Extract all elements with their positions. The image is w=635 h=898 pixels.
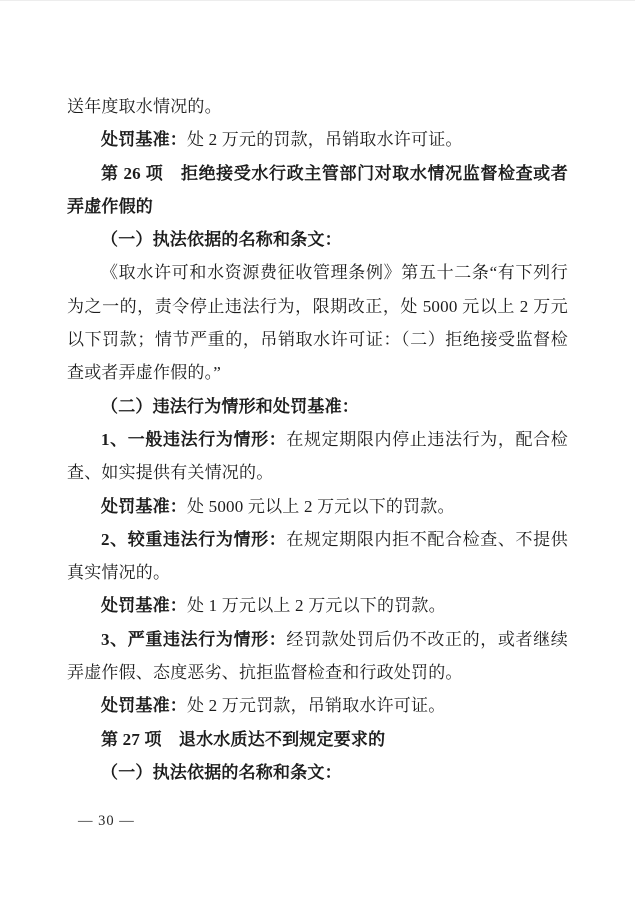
item-27-heading: 第 27 项 退水水质达不到规定要求的 bbox=[67, 723, 568, 756]
penalty-label: 处罚基准： bbox=[101, 497, 187, 516]
moderate-penalty-paragraph: 处罚基准：处 1 万元以上 2 万元以下的罚款。 bbox=[67, 589, 568, 622]
document-page: 送年度取水情况的。 处罚基准：处 2 万元的罚款，吊销取水许可证。 第 26 项… bbox=[0, 0, 635, 898]
item27-section-1-heading: （一）执法依据的名称和条文： bbox=[67, 756, 568, 789]
penalty-text: 处 2 万元的罚款，吊销取水许可证。 bbox=[187, 130, 463, 149]
severe-violation-paragraph: 3、严重违法行为情形：经罚款处罚后仍不改正的，或者继续弄虚作假、态度恶劣、抗拒监… bbox=[67, 623, 568, 690]
penalty-item25-paragraph: 处罚基准：处 2 万元的罚款，吊销取水许可证。 bbox=[67, 123, 568, 156]
page-number: — 30 — bbox=[78, 811, 135, 831]
item26-section-1-heading: （一）执法依据的名称和条文： bbox=[67, 223, 568, 256]
general-violation-paragraph: 1、一般违法行为情形：在规定期限内停止违法行为，配合检查、如实提供有关情况的。 bbox=[67, 423, 568, 490]
penalty-text: 处 1 万元以上 2 万元以下的罚款。 bbox=[187, 596, 446, 615]
penalty-text: 处 5000 元以上 2 万元以下的罚款。 bbox=[187, 497, 455, 516]
document-body: 送年度取水情况的。 处罚基准：处 2 万元的罚款，吊销取水许可证。 第 26 项… bbox=[67, 90, 568, 789]
paragraph-continuation: 送年度取水情况的。 bbox=[67, 90, 568, 123]
moderate-violation-paragraph: 2、较重违法行为情形：在规定期限内拒不配合检查、不提供真实情况的。 bbox=[67, 523, 568, 590]
general-penalty-paragraph: 处罚基准：处 5000 元以上 2 万元以下的罚款。 bbox=[67, 490, 568, 523]
legal-basis-paragraph: 《取水许可和水资源费征收管理条例》第五十二条“有下列行为之一的，责令停止违法行为… bbox=[67, 256, 568, 389]
item-26-heading: 第 26 项 拒绝接受水行政主管部门对取水情况监督检查或者弄虚作假的 bbox=[67, 157, 568, 224]
general-violation-label: 1、一般违法行为情形： bbox=[101, 430, 286, 449]
item26-section-2-heading: （二）违法行为情形和处罚基准： bbox=[67, 390, 568, 423]
penalty-text: 处 2 万元罚款，吊销取水许可证。 bbox=[187, 696, 445, 715]
moderate-violation-label: 2、较重违法行为情形： bbox=[101, 530, 286, 549]
penalty-label: 处罚基准： bbox=[101, 130, 187, 149]
penalty-label: 处罚基准： bbox=[101, 596, 187, 615]
penalty-label: 处罚基准： bbox=[101, 696, 187, 715]
severe-penalty-paragraph: 处罚基准：处 2 万元罚款，吊销取水许可证。 bbox=[67, 689, 568, 722]
severe-violation-label: 3、严重违法行为情形： bbox=[101, 630, 286, 649]
